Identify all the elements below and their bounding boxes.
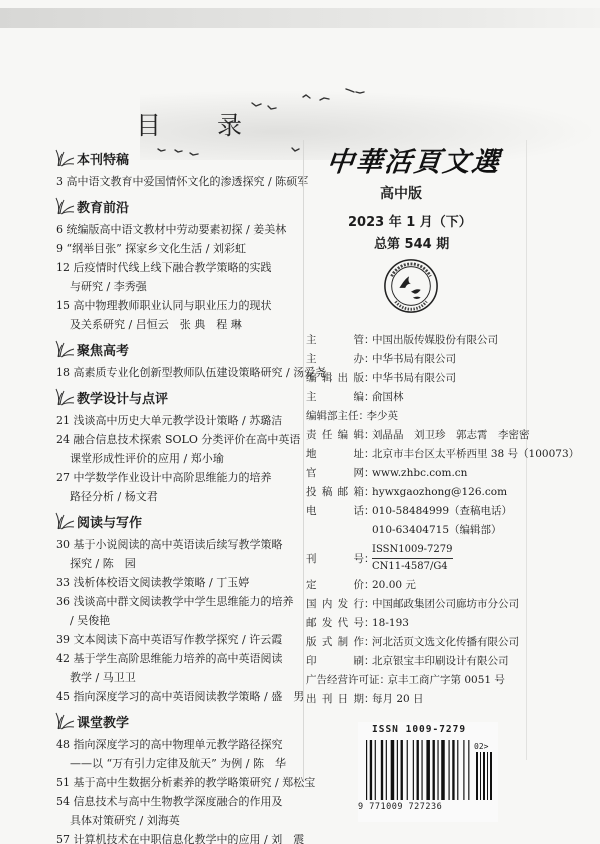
toc-entry-title: 计算机技术在中职信息化教学中的应用 / 刘 震: [74, 833, 305, 844]
toc-page-number: 39: [56, 633, 70, 646]
orchid-leaf-icon: [54, 509, 76, 531]
toc-entry[interactable]: 27 中学数学作业设计中高阶思维能力的培养路径分析 / 杨文君: [56, 468, 309, 506]
info-value: 010-63404715（编辑部）: [372, 521, 502, 540]
toc-entry[interactable]: 30 基于小说阅读的高中英语读后续写教学策略探究 / 陈 园: [56, 535, 309, 573]
info-colon: ：: [364, 595, 372, 614]
toc-entry-title-continued: / 吴俊艳: [56, 611, 309, 630]
cn-number: CN11-4587/G4: [372, 559, 453, 574]
info-row: 电 话：010-58484999（查稿电话）: [306, 502, 596, 521]
toc-entry-title: 浅析体校语文阅读教学策略 / 丁玉婷: [74, 576, 250, 589]
issn-number: ISSN1009-7279: [372, 542, 453, 559]
toc-page-number: 12: [56, 261, 70, 274]
toc-page-number: 18: [56, 366, 70, 379]
toc-entry-title-continued: 课堂形成性评价的应用 / 郑小瑜: [56, 449, 309, 468]
info-row: 定 价：20.00 元: [306, 576, 596, 595]
info-value: 20.00 元: [372, 576, 416, 595]
info-row: 版式制作：河北活页文选文化传播有限公司: [306, 633, 596, 652]
info-value: 李少英: [367, 407, 399, 426]
toc-entry-title: 指向深度学习的高中英语阅读教学策略 / 盛 男: [74, 690, 305, 703]
info-colon: ：: [364, 690, 372, 709]
info-colon: ：: [364, 576, 372, 595]
toc-page-number: 15: [56, 299, 70, 312]
section-heading-text: 聚焦高考: [77, 340, 129, 359]
toc-entry-title-continued: 教学 / 马卫卫: [56, 668, 309, 687]
info-value: hywxgaozhong@126.com: [372, 483, 507, 502]
toc-entry-title: 基于高中生数据分析素养的教学略策研究 / 郑松宝: [74, 776, 316, 789]
info-value: 北京市丰台区太平桥西里 38 号（100073）: [372, 445, 579, 464]
orchid-leaf-icon: [54, 385, 76, 407]
info-label: 官 网: [306, 464, 364, 483]
info-row: 官 网：www.zhbc.com.cn: [306, 464, 596, 483]
publisher-seal-logo: [382, 257, 440, 315]
toc-entry-title: 指向深度学习的高中物理单元教学路径探究: [74, 738, 283, 751]
info-value: 010-58484999（查稿电话）: [372, 502, 512, 521]
toc-section-heading: 课堂教学: [54, 709, 309, 731]
info-label: 定 价: [306, 576, 364, 595]
orchid-leaf-icon: [54, 709, 76, 731]
barcode-bars: [366, 740, 472, 800]
info-row: 广告经营许可证：京丰工商广字第 0051 号: [306, 671, 596, 690]
toc-entry[interactable]: 18 高素质专业化创新型教师队伍建设策略研究 / 汤爱尧: [56, 363, 309, 382]
orchid-leaf-icon: [54, 146, 76, 168]
info-value: 刘晶晶 刘卫珍 郭志霄 李密密: [372, 426, 530, 445]
toc-entry[interactable]: 45 指向深度学习的高中英语阅读教学策略 / 盛 男: [56, 687, 309, 706]
info-value: 北京银宝丰印刷设计有限公司: [372, 652, 509, 671]
info-label: 主 办: [306, 350, 364, 369]
info-colon: ：: [364, 551, 372, 566]
toc-entry-title: 后疫情时代线上线下融合教学策略的实践: [74, 261, 272, 274]
info-colon: ：: [364, 502, 372, 521]
table-of-contents: 本刊特稿3 高中语文教育中爱国情怀文化的渗透探究 / 陈硕军教育前沿6 统编版高…: [54, 146, 309, 844]
toc-entry-title: 高中物理教师职业认同与职业压力的现状: [74, 299, 272, 312]
section-heading-text: 课堂教学: [77, 712, 129, 731]
toc-page-number: 36: [56, 595, 70, 608]
info-label: 印 刷: [306, 652, 364, 671]
toc-title: 目 录: [136, 106, 266, 142]
toc-page-number: 3: [56, 175, 63, 188]
edition-label: 高中版: [380, 183, 422, 203]
info-row: 责任编辑：刘晶晶 刘卫珍 郭志霄 李密密: [306, 426, 596, 445]
toc-page-number: 33: [56, 576, 70, 589]
orchid-leaf-icon: [54, 194, 76, 216]
toc-entry[interactable]: 42 基于学生高阶思维能力培养的高中英语阅读教学 / 马卫卫: [56, 649, 309, 687]
toc-section-heading: 教学设计与点评: [54, 385, 309, 407]
info-value: www.zhbc.com.cn: [372, 464, 467, 483]
info-colon: ：: [364, 614, 372, 633]
section-heading-text: 教育前沿: [77, 197, 129, 216]
toc-page-number: 21: [56, 414, 70, 427]
toc-entry-title: 信息技术与高中生物教学深度融合的作用及: [74, 795, 283, 808]
info-label: 邮发代号: [306, 614, 364, 633]
toc-entry-title: 高中语文教育中爱国情怀文化的渗透探究 / 陈硕军: [67, 175, 309, 188]
info-row: 投稿邮箱：hywxgaozhong@126.com: [306, 483, 596, 502]
toc-entry[interactable]: 3 高中语文教育中爱国情怀文化的渗透探究 / 陈硕军: [56, 172, 309, 191]
column-divider: [303, 140, 304, 780]
toc-page-number: 30: [56, 538, 70, 551]
info-colon: ：: [364, 633, 372, 652]
toc-entry[interactable]: 33 浅析体校语文阅读教学策略 / 丁玉婷: [56, 573, 309, 592]
toc-section-heading: 本刊特稿: [54, 146, 309, 168]
issn-barcode: ISSN 1009-7279 02> 9 771009 727236: [358, 722, 498, 822]
info-colon: ：: [359, 407, 367, 426]
info-value: 俞国林: [372, 388, 404, 407]
info-colon: ：: [364, 331, 372, 350]
toc-entry[interactable]: 57 计算机技术在中职信息化教学中的应用 / 刘 震: [56, 830, 309, 844]
toc-entry[interactable]: 12 后疫情时代线上线下融合教学策略的实践与研究 / 李秀强: [56, 258, 309, 296]
publication-info: 主 管：中国出版传媒股份有限公司主 办：中华书局有限公司编辑出版：中华书局有限公…: [306, 331, 596, 709]
toc-page-number: 42: [56, 652, 70, 665]
section-heading-text: 本刊特稿: [77, 149, 129, 168]
toc-entry[interactable]: 24 融合信息技术探索 SOLO 分类评价在高中英语课堂形成性评价的应用 / 郑…: [56, 430, 309, 468]
toc-entry[interactable]: 21 浅谈高中历史大单元教学设计策略 / 苏璐洁: [56, 411, 309, 430]
toc-entry[interactable]: 39 文本阅读下高中英语写作教学探究 / 许云霞: [56, 630, 309, 649]
info-label: 责任编辑: [306, 426, 364, 445]
info-colon: ：: [364, 464, 372, 483]
toc-entry-title: 浅谈高中历史大单元教学设计策略 / 苏璐洁: [74, 414, 283, 427]
info-value: 中华书局有限公司: [372, 369, 456, 388]
info-value: 18-193: [372, 614, 409, 633]
toc-entry-title-continued: 探究 / 陈 园: [56, 554, 309, 573]
info-label: 投稿邮箱: [306, 483, 364, 502]
toc-page-number: 57: [56, 833, 70, 844]
toc-entry-title: 基于小说阅读的高中英语读后续写教学策略: [74, 538, 283, 551]
toc-section-heading: 阅读与写作: [54, 509, 309, 531]
barcode-addon-bars: [476, 752, 494, 800]
flying-birds-decoration: [0, 0, 600, 160]
info-row: 主 编：俞国林: [306, 388, 596, 407]
section-heading-text: 教学设计与点评: [77, 388, 168, 407]
toc-entry[interactable]: 54 信息技术与高中生物教学深度融合的作用及具体对策研究 / 刘海英: [56, 792, 309, 830]
info-label: 主 管: [306, 331, 364, 350]
info-row: 邮发代号：18-193: [306, 614, 596, 633]
info-label: 编辑出版: [306, 369, 364, 388]
info-row: 国内发行：中国邮政集团公司廊坊市分公司: [306, 595, 596, 614]
section-heading-text: 阅读与写作: [77, 512, 142, 531]
magazine-masthead: 中華活頁文選: [325, 140, 503, 179]
issue-date: 2023 年 1 月（下）: [348, 211, 472, 230]
serial-fraction: ISSN1009-7279CN11-4587/G4: [372, 542, 453, 574]
info-label: 主 编: [306, 388, 364, 407]
toc-entry-title: 融合信息技术探索 SOLO 分类评价在高中英语: [74, 433, 301, 446]
toc-page-number: 9: [56, 242, 63, 255]
toc-page-number: 54: [56, 795, 70, 808]
barcode-issn: ISSN 1009-7279: [372, 724, 466, 735]
toc-page-number: 48: [56, 738, 70, 751]
toc-entry[interactable]: 9 “纲举目张” 探家乡文化生活 / 刘彩虹: [56, 239, 309, 258]
toc-page-number: 45: [56, 690, 70, 703]
info-value: 京丰工商广字第 0051 号: [388, 671, 505, 690]
info-value: 中国出版传媒股份有限公司: [372, 331, 498, 350]
toc-page-number: 6: [56, 223, 63, 236]
toc-entry[interactable]: 36 浅谈高中群文阅读教学中学生思维能力的培养/ 吴俊艳: [56, 592, 309, 630]
barcode-addon-number: 02>: [474, 742, 488, 751]
info-colon: ：: [364, 426, 372, 445]
toc-entry-title-continued: 及关系研究 / 吕恒云 张 典 程 琳: [56, 315, 309, 334]
info-label: 刊 号: [306, 551, 364, 566]
barcode-ean-number: 9 771009 727236: [358, 802, 442, 812]
info-label: 国内发行: [306, 595, 364, 614]
info-row: 010-63404715（编辑部）: [306, 521, 596, 540]
info-row: 地 址：北京市丰台区太平桥西里 38 号（100073）: [306, 445, 596, 464]
info-colon: ：: [364, 445, 372, 464]
info-colon: ：: [364, 350, 372, 369]
info-value: 中国邮政集团公司廊坊市分公司: [372, 595, 519, 614]
toc-entry-title: 统编版高中语文教材中劳动要素初探 / 姜美林: [67, 223, 287, 236]
toc-entry-title: 高素质专业化创新型教师队伍建设策略研究 / 汤爱尧: [74, 366, 327, 379]
toc-entry[interactable]: 15 高中物理教师职业认同与职业压力的现状及关系研究 / 吕恒云 张 典 程 琳: [56, 296, 309, 334]
info-row: 编辑部主任：李少英: [306, 407, 596, 426]
issue-number: 总第 544 期: [374, 233, 449, 252]
info-value: 中华书局有限公司: [372, 350, 456, 369]
info-colon: ：: [380, 671, 388, 690]
info-row-serial-number: 刊 号：ISSN1009-7279CN11-4587/G4: [306, 540, 596, 576]
toc-entry-title-continued: 路径分析 / 杨文君: [56, 487, 309, 506]
info-label: 地 址: [306, 445, 364, 464]
toc-entry[interactable]: 51 基于高中生数据分析素养的教学略策研究 / 郑松宝: [56, 773, 309, 792]
info-row: 编辑出版：中华书局有限公司: [306, 369, 596, 388]
info-colon: ：: [364, 652, 372, 671]
orchid-leaf-icon: [54, 337, 76, 359]
info-row: 主 办：中华书局有限公司: [306, 350, 596, 369]
info-row: 印 刷：北京银宝丰印刷设计有限公司: [306, 652, 596, 671]
info-label: 编辑部主任: [306, 407, 359, 426]
info-colon: ：: [364, 483, 372, 502]
toc-section-heading: 教育前沿: [54, 194, 309, 216]
toc-entry[interactable]: 48 指向深度学习的高中物理单元教学路径探究——以 “万有引力定律及航天” 为例…: [56, 735, 309, 773]
info-label: 版式制作: [306, 633, 364, 652]
info-row: 出刊日期：每月 20 日: [306, 690, 596, 709]
toc-entry-title: “纲举目张” 探家乡文化生活 / 刘彩虹: [67, 242, 246, 255]
toc-entry-title-continued: 与研究 / 李秀强: [56, 277, 309, 296]
toc-entry-title-continued: ——以 “万有引力定律及航天” 为例 / 陈 华: [56, 754, 309, 773]
toc-section-heading: 聚焦高考: [54, 337, 309, 359]
info-colon: ：: [364, 388, 372, 407]
toc-entry[interactable]: 6 统编版高中语文教材中劳动要素初探 / 姜美林: [56, 220, 309, 239]
info-label: 出刊日期: [306, 690, 364, 709]
toc-page-number: 51: [56, 776, 70, 789]
info-value: 每月 20 日: [372, 690, 424, 709]
info-row: 主 管：中国出版传媒股份有限公司: [306, 331, 596, 350]
toc-entry-title: 文本阅读下高中英语写作教学探究 / 许云霞: [74, 633, 283, 646]
info-value: 河北活页文选文化传播有限公司: [372, 633, 519, 652]
toc-page-number: 27: [56, 471, 70, 484]
toc-page-number: 24: [56, 433, 70, 446]
toc-entry-title: 中学数学作业设计中高阶思维能力的培养: [74, 471, 272, 484]
info-label: 电 话: [306, 502, 364, 521]
toc-entry-title-continued: 具体对策研究 / 刘海英: [56, 811, 309, 830]
toc-entry-title: 基于学生高阶思维能力培养的高中英语阅读: [74, 652, 283, 665]
info-colon: ：: [364, 369, 372, 388]
info-label: 广告经营许可证: [306, 671, 380, 690]
toc-entry-title: 浅谈高中群文阅读教学中学生思维能力的培养: [74, 595, 294, 608]
